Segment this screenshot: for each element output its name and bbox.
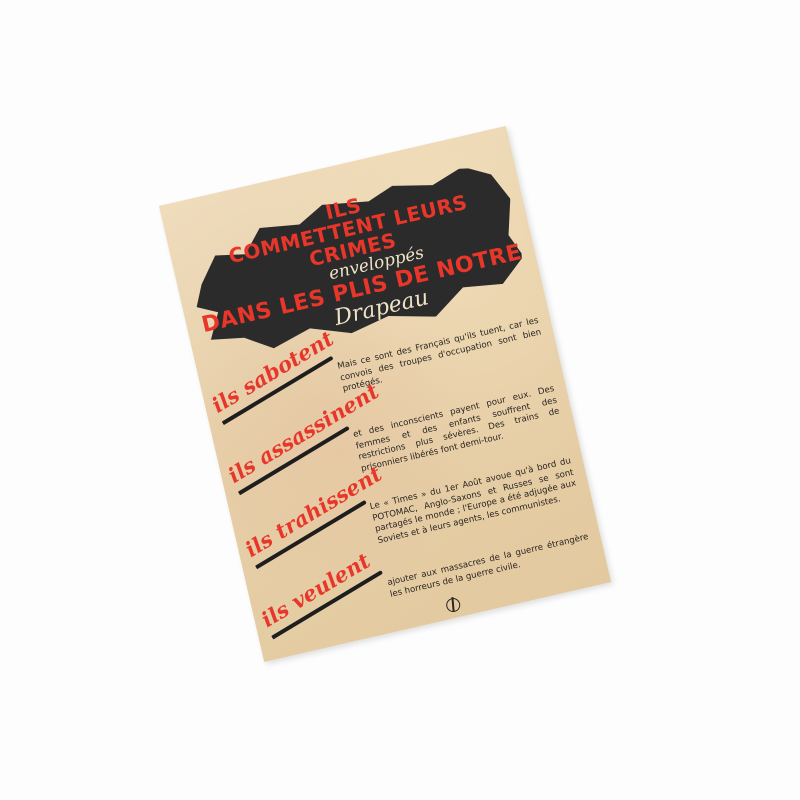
section-paragraph: ajouter aux massacres de la guerre étran… [387, 532, 593, 601]
section-paragraph: et des inconscients payent pour eux. Des… [352, 384, 563, 476]
leaflet-sheet: ILS COMMETTENT LEURS CRIMES enveloppés D… [159, 126, 611, 662]
circle-axe-emblem-icon [445, 597, 462, 614]
section-paragraph: Le « Times » du 1er Août avoue qu'à bord… [369, 456, 580, 548]
verb-heading: ils veulent [258, 562, 396, 642]
photo-background: ILS COMMETTENT LEURS CRIMES enveloppés D… [0, 0, 800, 800]
